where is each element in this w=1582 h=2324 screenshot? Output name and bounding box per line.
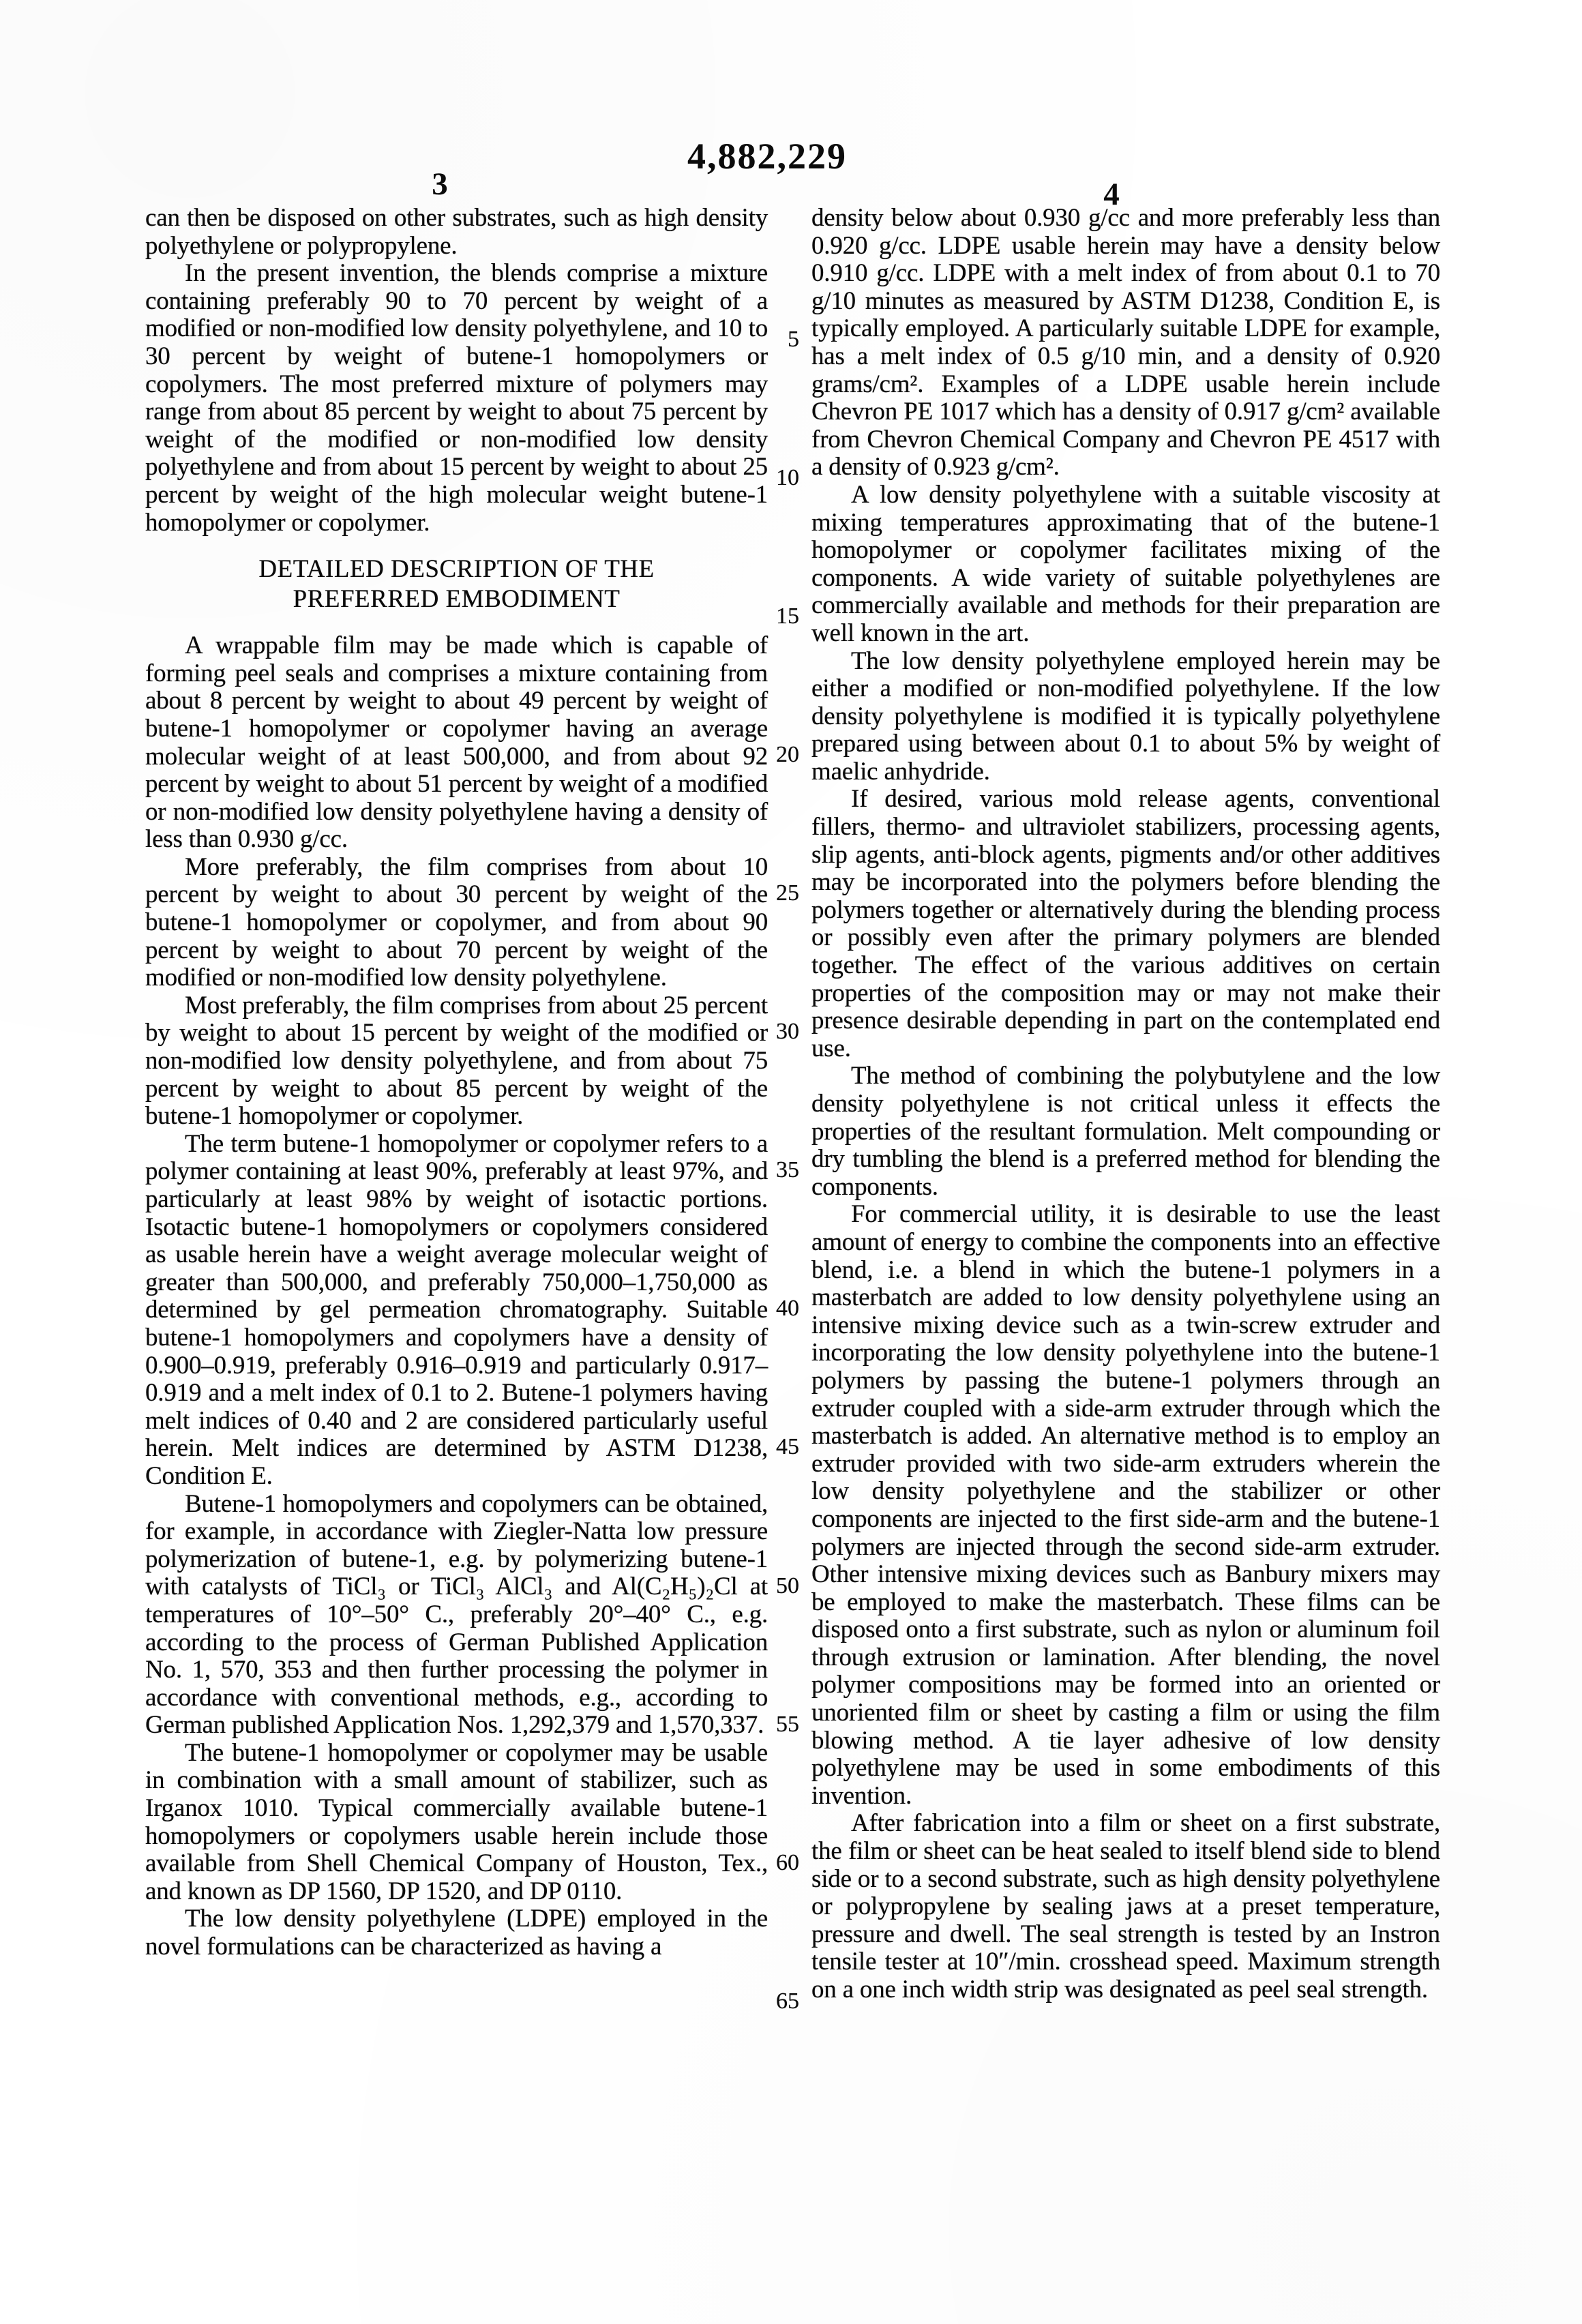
right-column: density below about 0.930 g/cc and more … — [811, 205, 1440, 2004]
paragraph: For commercial utility, it is desirable … — [811, 1201, 1440, 1810]
line-number: 65 — [717, 1989, 799, 2014]
paragraph: The butene-1 homopolymer or copolymer ma… — [145, 1740, 768, 1906]
left-column: can then be disposed on other substrates… — [145, 205, 768, 1961]
paragraph: The low density polyethylene (LDPE) empl… — [145, 1905, 768, 1961]
paragraph: After fabrication into a film or sheet o… — [811, 1810, 1440, 2003]
paragraph: The method of combining the polybutylene… — [811, 1062, 1440, 1201]
paragraph: density below about 0.930 g/cc and more … — [811, 205, 1440, 481]
paragraph: A low density polyethylene with a suitab… — [811, 481, 1440, 648]
paragraph: The term butene-1 homopolymer or copolym… — [145, 1131, 768, 1491]
paragraph: Most preferably, the film comprises from… — [145, 992, 768, 1131]
section-heading: DETAILED DESCRIPTION OF THE PREFERRED EM… — [211, 554, 702, 614]
paragraph: A wrappable film may be made which is ca… — [145, 632, 768, 854]
paragraph: More preferably, the film comprises from… — [145, 854, 768, 992]
paragraph: Butene-1 homopolymers and copolymers can… — [145, 1491, 768, 1740]
paragraph: If desired, various mold release agents,… — [811, 786, 1440, 1062]
column-number-left: 3 — [432, 166, 448, 203]
patent-page: 4,882,229 3 4 can then be disposed on ot… — [0, 0, 1582, 2324]
paragraph: In the present invention, the blends com… — [145, 260, 768, 537]
paragraph: can then be disposed on other substrates… — [145, 205, 768, 260]
patent-number: 4,882,229 — [687, 135, 847, 177]
paragraph: The low density polyethylene employed he… — [811, 648, 1440, 786]
